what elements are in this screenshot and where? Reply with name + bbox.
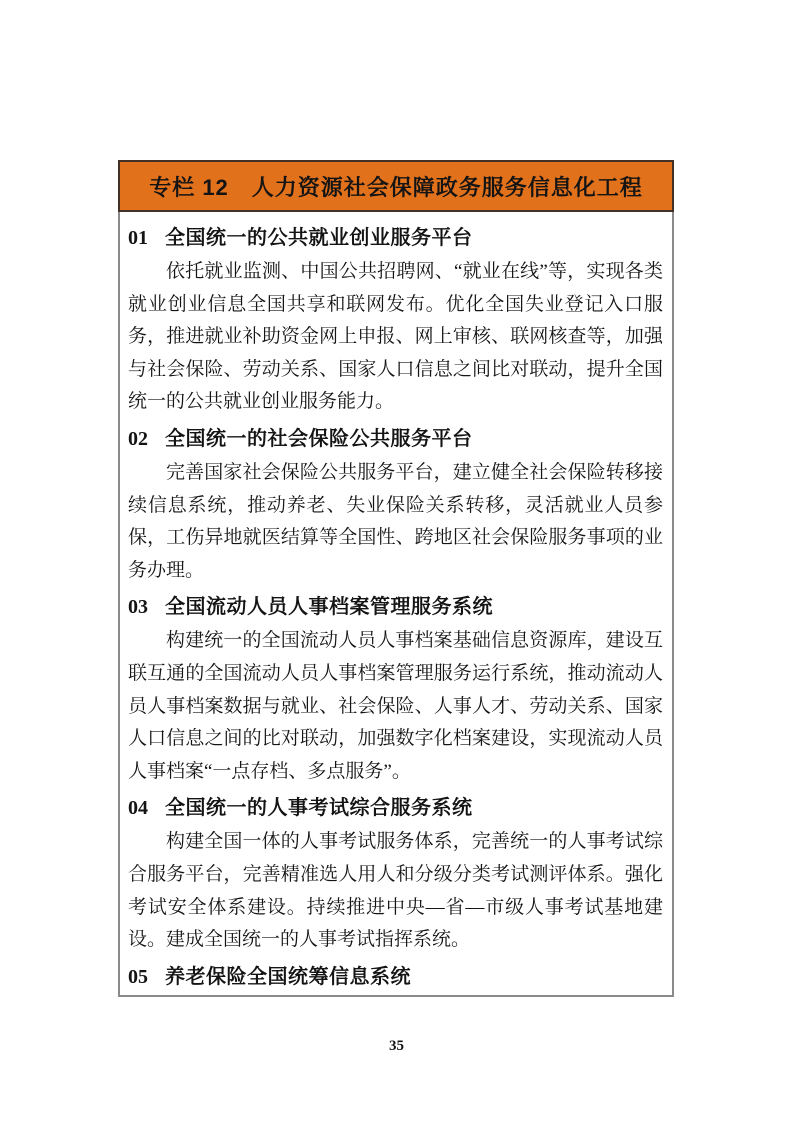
feature-section: 05 养老保险全国统筹信息系统 建成全国统一的养老保险全国统筹信息系统，集中管理… — [128, 961, 663, 997]
section-paragraph: 依托就业监测、中国公共招聘网、“就业在线”等，实现各类就业创业信息全国共享和联网… — [128, 256, 663, 419]
section-paragraph: 构建全国一体的人事考试服务体系，完善统一的人事考试综合服务平台，完善精准选人用人… — [128, 826, 663, 956]
page-number: 35 — [0, 1038, 793, 1055]
feature-section: 03 全国流动人员人事档案管理服务系统 构建统一的全国流动人员人事档案基础信息资… — [128, 591, 663, 788]
section-title: 全国统一的公共就业创业服务平台 — [165, 222, 473, 255]
section-title: 全国流动人员人事档案管理服务系统 — [165, 591, 493, 624]
section-title: 全国统一的社会保险公共服务平台 — [165, 423, 473, 456]
feature-box-body: 01 全国统一的公共就业创业服务平台 依托就业监测、中国公共招聘网、“就业在线”… — [118, 212, 674, 997]
section-number: 02 — [128, 423, 148, 456]
section-number: 05 — [128, 961, 148, 994]
feature-section: 01 全国统一的公共就业创业服务平台 依托就业监测、中国公共招聘网、“就业在线”… — [128, 222, 663, 419]
feature-box: 专栏 12 人力资源社会保障政务服务信息化工程 01 全国统一的公共就业创业服务… — [118, 160, 674, 997]
section-title: 养老保险全国统筹信息系统 — [165, 961, 411, 994]
section-title: 全国统一的人事考试综合服务系统 — [165, 792, 473, 825]
feature-box-header: 专栏 12 人力资源社会保障政务服务信息化工程 — [118, 160, 674, 212]
section-number: 04 — [128, 792, 148, 825]
document-page: { "panel": { "title": "专栏 12 人力资源社会保障政务服… — [0, 0, 793, 1122]
section-number: 03 — [128, 591, 148, 624]
section-heading: 03 全国流动人员人事档案管理服务系统 — [128, 591, 663, 624]
feature-box-title: 专栏 12 人力资源社会保障政务服务信息化工程 — [149, 171, 643, 202]
section-heading: 01 全国统一的公共就业创业服务平台 — [128, 222, 663, 255]
feature-section: 04 全国统一的人事考试综合服务系统 构建全国一体的人事考试服务体系，完善统一的… — [128, 792, 663, 956]
section-paragraph: 构建统一的全国流动人员人事档案基础信息资源库，建设互联互通的全国流动人员人事档案… — [128, 625, 663, 788]
section-heading: 05 养老保险全国统筹信息系统 — [128, 961, 663, 994]
section-paragraph: 建成全国统一的养老保险全国统筹信息系统，集中管理全国养 — [128, 995, 663, 997]
section-heading: 04 全国统一的人事考试综合服务系统 — [128, 792, 663, 825]
section-number: 01 — [128, 222, 148, 255]
section-heading: 02 全国统一的社会保险公共服务平台 — [128, 423, 663, 456]
feature-section: 02 全国统一的社会保险公共服务平台 完善国家社会保险公共服务平台，建立健全社会… — [128, 423, 663, 587]
section-paragraph: 完善国家社会保险公共服务平台，建立健全社会保险转移接续信息系统，推动养老、失业保… — [128, 457, 663, 587]
